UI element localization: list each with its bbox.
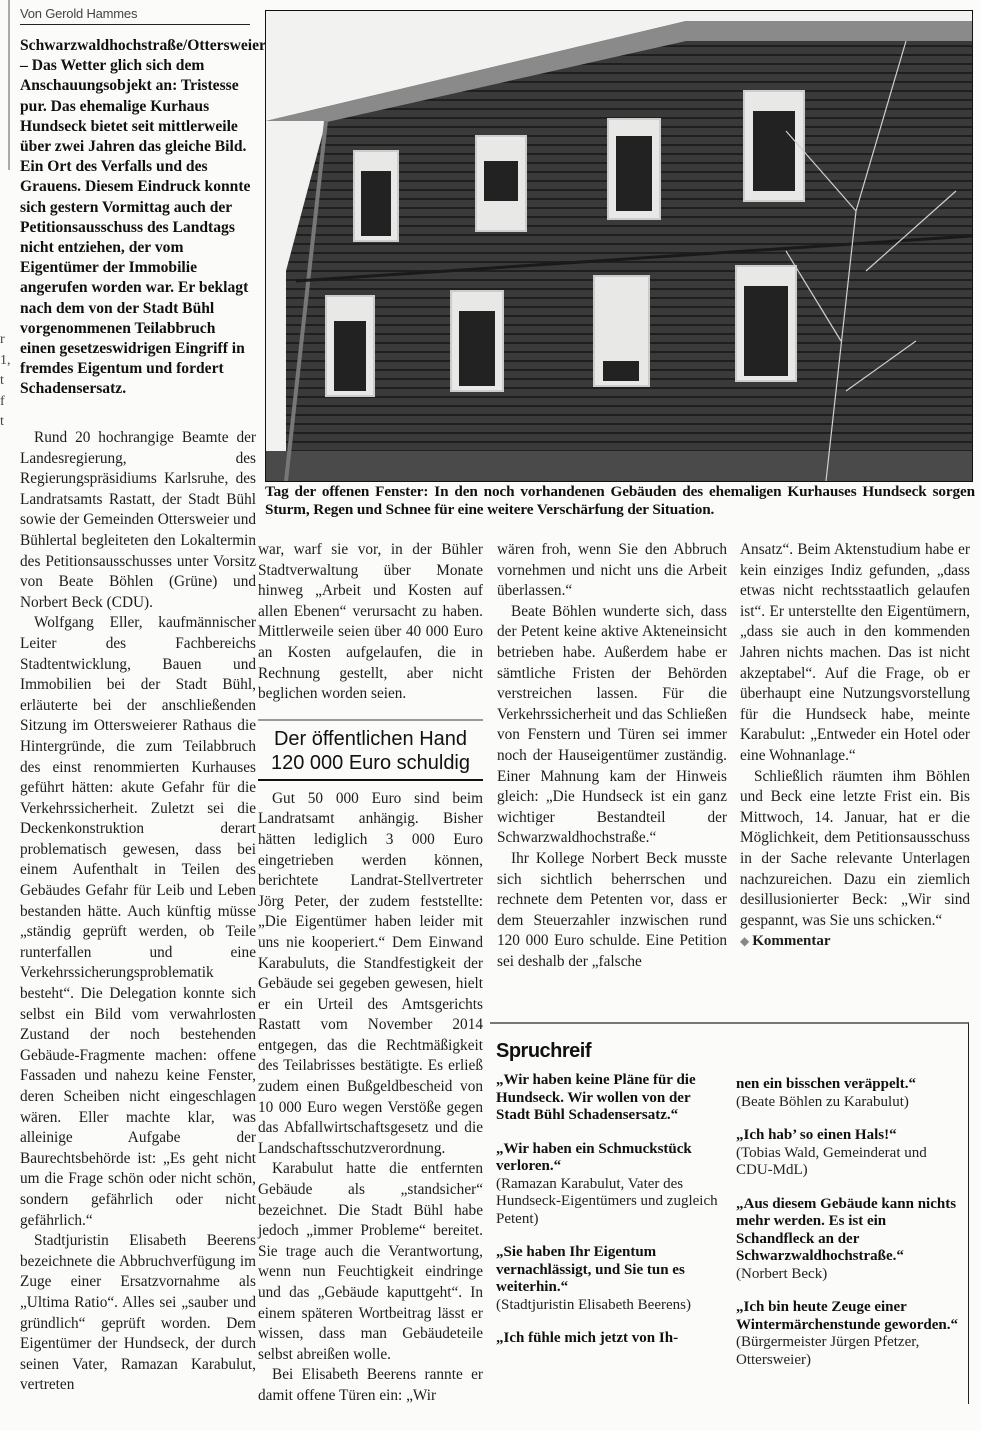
edge-fragment: t [0,412,10,433]
kommentar-label: Kommentar [752,933,830,949]
quote-source: (Ramazan Karabulut, Vater des Hundseck-E… [496,1176,728,1229]
quote-text: „Ich bin heute Zeuge einer Wintermärchen… [736,1299,962,1334]
paragraph: Karabulut hatte die entfernten Gebäude a… [258,1159,483,1365]
building-photo-illustration [266,11,972,481]
spruchreif-title: Spruchreif [496,1040,591,1063]
quotes-left-column: „Wir haben keine Pläne für die Hundseck.… [496,1072,728,1364]
quote-item: „Ich fühle mich jetzt von Ih- [496,1330,728,1348]
lead-text: Schwarzwaldhochstraße/Ottersweier – Das … [20,36,252,400]
paragraph: Ihr Kollege Norbert Beck musste sich sic… [497,849,727,973]
quote-item: „Ich bin heute Zeuge einer Wintermärchen… [736,1299,962,1369]
spruchreif-box: Spruchreif „Wir haben keine Pläne für di… [490,1022,969,1404]
quote-text: „Aus diesem Gebäude kann nichts mehr wer… [736,1196,962,1266]
subheading: Der öffentlichen Hand 120 000 Euro schul… [258,721,483,781]
quote-item: „Aus diesem Gebäude kann nichts mehr wer… [736,1196,962,1284]
quote-source: (Norbert Beck) [736,1266,962,1284]
paragraph: Stadtjuristin Elisabeth Beerens bezeichn… [20,1231,256,1396]
quotes-right-column: nen ein bisschen veräppelt.“ (Beate Böhl… [736,1076,962,1385]
page-edge-bar [8,0,10,170]
quote-source: (Stadtjuristin Elisabeth Beerens) [496,1297,728,1315]
article-photo [265,10,973,482]
quote-item: „Ich hab’ so einen Hals!“ (Tobias Wald, … [736,1127,962,1180]
paragraph: wären froh, wenn Sie den Abbruch vornehm… [497,540,727,602]
paragraph: Gut 50 000 Euro sind beim Landratsamt an… [258,789,483,1160]
quote-text: nen ein bisschen veräppelt.“ [736,1076,962,1094]
edge-fragment: f [0,392,10,413]
article-column-3: wären froh, wenn Sie den Abbruch vornehm… [497,540,727,972]
quote-source: (Tobias Wald, Gemeinderat und CDU-MdL) [736,1145,962,1180]
paragraph: Beate Böhlen wunderte sich, dass der Pet… [497,602,727,849]
edge-fragment: r [0,330,10,351]
paragraph: Wolfgang Eller, kaufmännischer Leiter de… [20,613,256,1231]
quote-text: „Wir haben keine Pläne für die Hundseck.… [496,1072,728,1125]
quote-item: „Wir haben keine Pläne für die Hundseck.… [496,1072,728,1125]
paragraph: war, warf sie vor, in der Bühler Stadtve… [258,540,483,705]
quote-item: „Sie haben Ihr Eigentum vernachlässigt, … [496,1244,728,1314]
edge-fragment: t [0,371,10,392]
article-column-4: Ansatz“. Beim Aktenstudium habe er kein … [740,540,970,952]
quote-source: (Beate Böhlen zu Karabulut) [736,1094,962,1112]
quote-text: „Ich hab’ so einen Hals!“ [736,1127,962,1145]
quote-item: nen ein bisschen veräppelt.“ (Beate Böhl… [736,1076,962,1111]
quote-text: „Wir haben ein Schmuckstück verloren.“ [496,1141,728,1176]
lead-paragraph: Schwarzwaldhochstraße/Ottersweier – Das … [20,36,252,400]
quote-item: „Wir haben ein Schmuckstück verloren.“ (… [496,1141,728,1229]
paragraph: Bei Elisabeth Beerens rannte er damit of… [258,1365,483,1406]
kommentar-link[interactable]: ◆Kommentar [740,931,970,952]
byline: Von Gerold Hammes [20,6,250,25]
article-column-2: war, warf sie vor, in der Bühler Stadtve… [258,540,483,1407]
quote-source: (Bürgermeister Jürgen Pfetzer, Otterswei… [736,1334,962,1369]
quote-text: „Sie haben Ihr Eigentum vernachlässigt, … [496,1244,728,1297]
adjacent-column-fragments: r 1, t f t [0,330,10,433]
paragraph: Rund 20 hochrangige Beamte der Landesreg… [20,428,256,613]
diamond-icon: ◆ [740,934,749,948]
edge-fragment: 1, [0,351,10,372]
article-column-1: Rund 20 hochrangige Beamte der Landesreg… [20,428,256,1396]
paragraph: Schließlich räumten ihm Böhlen und Beck … [740,767,970,932]
quote-text: „Ich fühle mich jetzt von Ih- [496,1330,728,1348]
paragraph: Ansatz“. Beim Aktenstudium habe er kein … [740,540,970,767]
photo-caption: Tag der offenen Fenster: In den noch vor… [265,483,975,519]
